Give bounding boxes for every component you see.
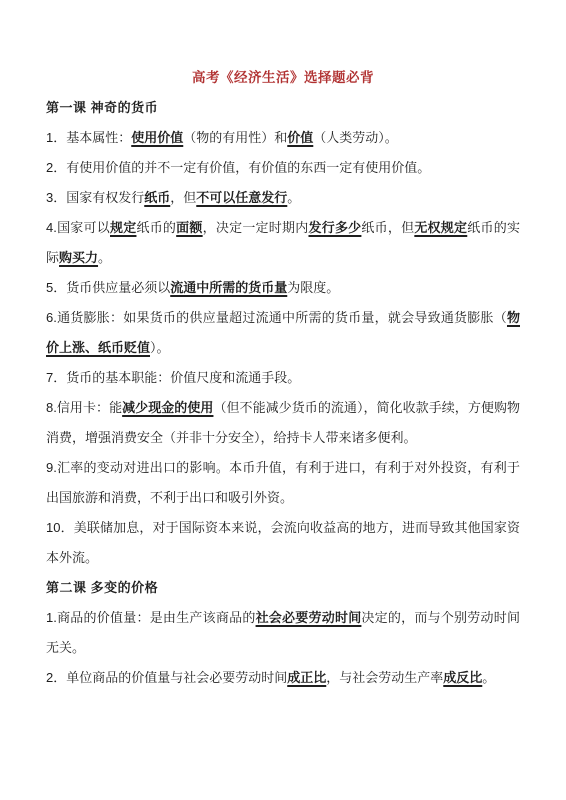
paragraph: 1．基本属性：使用价值（物的有用性）和价值（人类劳动）。: [46, 123, 520, 153]
text-run: 。: [287, 190, 300, 205]
emphasized-text: 成正比: [287, 670, 326, 685]
text-run: 第二课 多变的价格: [46, 580, 158, 595]
paragraph: 2．有使用价值的并不一定有价值，有价值的东西一定有使用价值。: [46, 153, 520, 183]
text-run: 第一课 神奇的货币: [46, 100, 158, 115]
text-run: 4.国家可以: [46, 220, 110, 235]
paragraph: 7．货币的基本职能：价值尺度和流通手段。: [46, 363, 520, 393]
section-heading: 第一课 神奇的货币: [46, 93, 520, 123]
text-run: 为限度。: [287, 280, 339, 295]
emphasized-text: 发行多少: [308, 220, 361, 235]
text-run: 5．货币供应量必须以: [46, 280, 170, 295]
paragraph: 6.通货膨胀：如果货币的供应量超过流通中所需的货币量，就会导致通货膨胀（物价上涨…: [46, 303, 520, 363]
paragraph: 10．美联储加息，对于国际资本来说，会流向收益高的地方，进而导致其他国家资本外流…: [46, 513, 520, 573]
paragraph: 5．货币供应量必须以流通中所需的货币量为限度。: [46, 273, 520, 303]
text-run: 8.信用卡：能: [46, 400, 122, 415]
text-run: 10．美联储加息，对于国际资本来说，会流向收益高的地方，进而导致其他国家资本外流…: [46, 520, 520, 565]
emphasized-text: 无权规定: [414, 220, 467, 235]
text-run: 1．基本属性：: [46, 130, 131, 145]
emphasized-text: 社会必要劳动时间: [256, 610, 362, 625]
paragraph: 1.商品的价值量：是由生产该商品的社会必要劳动时间决定的，而与个别劳动时间无关。: [46, 603, 520, 663]
emphasized-text: 流通中所需的货币量: [170, 280, 287, 295]
emphasized-text: 使用价值: [131, 130, 183, 145]
document-page: 高考《经济生活》选择题必背 第一课 神奇的货币1．基本属性：使用价值（物的有用性…: [0, 0, 566, 800]
text-run: （物的有用性）和: [183, 130, 287, 145]
emphasized-text: 购买力: [59, 250, 98, 265]
text-run: 2．单位商品的价值量与社会必要劳动时间: [46, 670, 287, 685]
text-run: 纸币，但: [361, 220, 414, 235]
text-run: 6.通货膨胀：如果货币的供应量超过流通中所需的货币量，就会导致通货膨胀（: [46, 310, 507, 325]
text-run: 。: [98, 250, 111, 265]
emphasized-text: 面额: [176, 220, 202, 235]
text-run: ，决定一定时期内: [203, 220, 309, 235]
text-run: ）。: [150, 340, 170, 355]
emphasized-text: 不可以任意发行: [196, 190, 287, 205]
section-heading: 第二课 多变的价格: [46, 573, 520, 603]
emphasized-text: 纸币: [144, 190, 170, 205]
text-run: ，与社会劳动生产率: [326, 670, 443, 685]
text-run: 7．货币的基本职能：价值尺度和流通手段。: [46, 370, 300, 385]
emphasized-text: 成反比: [443, 670, 482, 685]
text-run: ，但: [170, 190, 196, 205]
paragraph: 3．国家有权发行纸币，但不可以任意发行。: [46, 183, 520, 213]
text-run: 。: [482, 670, 495, 685]
document-title: 高考《经济生活》选择题必背: [46, 63, 520, 93]
text-run: 2．有使用价值的并不一定有价值，有价值的东西一定有使用价值。: [46, 160, 430, 175]
paragraph: 2．单位商品的价值量与社会必要劳动时间成正比，与社会劳动生产率成反比。: [46, 663, 520, 693]
text-run: 纸币的: [136, 220, 176, 235]
emphasized-text: 价值: [287, 130, 313, 145]
text-run: 3．国家有权发行: [46, 190, 144, 205]
paragraph: 9.汇率的变动对进出口的影响。本币升值，有利于进口，有利于对外投资，有利于出国旅…: [46, 453, 520, 513]
text-run: （人类劳动）。: [313, 130, 398, 145]
emphasized-text: 减少现金的使用: [122, 400, 213, 415]
text-run: 1.商品的价值量：是由生产该商品的: [46, 610, 256, 625]
text-run: 9.汇率的变动对进出口的影响。本币升值，有利于进口，有利于对外投资，有利于出国旅…: [46, 460, 520, 505]
paragraph: 4.国家可以规定纸币的面额，决定一定时期内发行多少纸币，但无权规定纸币的实际购买…: [46, 213, 520, 273]
emphasized-text: 规定: [110, 220, 136, 235]
document-body: 第一课 神奇的货币1．基本属性：使用价值（物的有用性）和价值（人类劳动）。2．有…: [46, 93, 520, 693]
paragraph: 8.信用卡：能减少现金的使用（但不能减少货币的流通），简化收款手续，方便购物消费…: [46, 393, 520, 453]
